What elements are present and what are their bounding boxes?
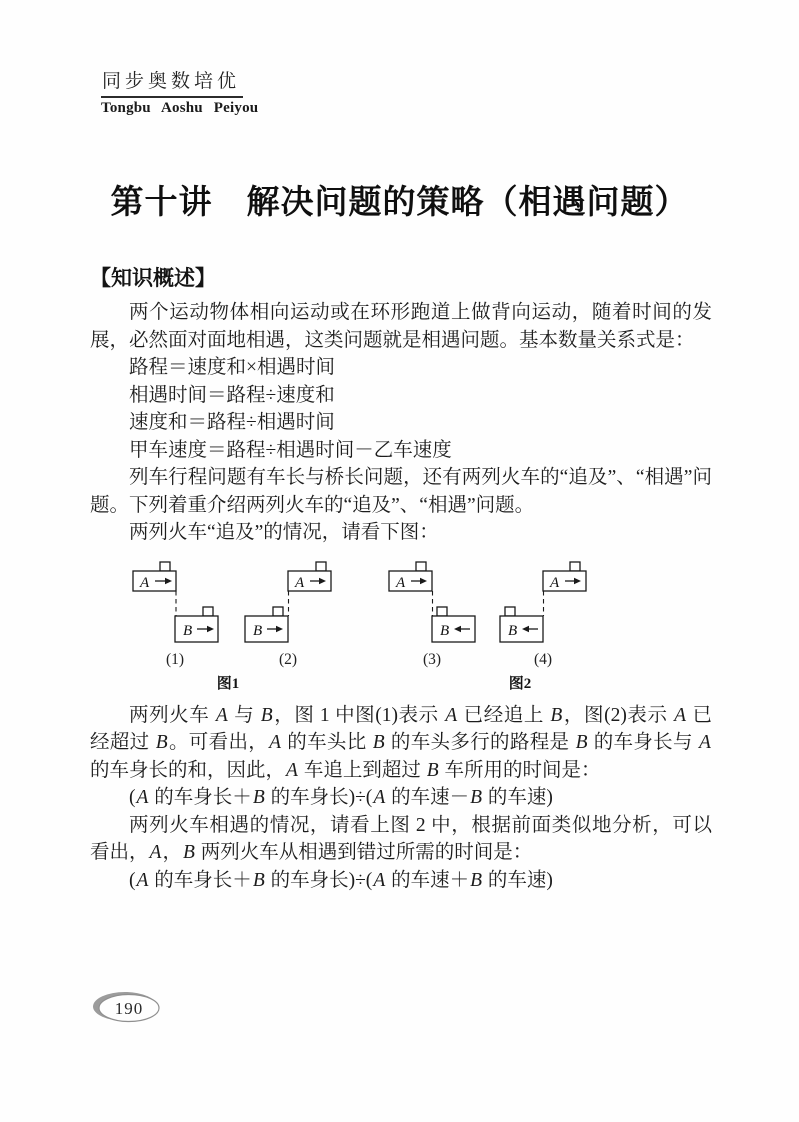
panel-label: (1)	[166, 651, 184, 668]
train-b-chimney	[437, 607, 447, 616]
panel-label: (2)	[279, 651, 297, 668]
diagram-panel-4: B A (4)	[500, 562, 586, 668]
train-a-chimney	[416, 562, 426, 571]
train-a-label: A	[294, 575, 305, 591]
formula-speed-sum: 速度和＝路程÷相遇时间	[90, 409, 712, 437]
intro-paragraph: 两个运动物体相向运动或在环形跑道上做背向运动，随着时间的发展，必然面对面地相遇，…	[90, 299, 712, 354]
trains-diagram: A B (1) B	[128, 558, 712, 696]
panel-label: (4)	[534, 651, 552, 668]
formula-distance: 路程＝速度和×相遇时间	[90, 354, 712, 382]
lesson-title: 第十讲 解决问题的策略（相遇问题）	[0, 176, 799, 223]
train-a-chimney	[570, 562, 580, 571]
explain-chase-paragraph: 两列火车 A 与 B，图 1 中图(1)表示 A 已经追上 B，图(2)表示 A…	[90, 702, 712, 785]
train-b-label: B	[440, 623, 449, 639]
train-b-label: B	[508, 623, 517, 639]
figure-1-caption: 图1	[217, 674, 240, 692]
textbook-page: 同步奥数培优 Tongbu Aoshu Peiyou 第十讲 解决问题的策略（相…	[0, 0, 799, 1122]
page-number-badge: 190	[92, 991, 164, 1030]
train-a-label: A	[549, 575, 560, 591]
train-a-chimney	[316, 562, 326, 571]
diagram-panel-3: A B (3)	[389, 562, 475, 668]
section-header: 【知识概述】	[90, 263, 712, 293]
train-b-chimney	[273, 607, 283, 616]
train-a-label: A	[139, 575, 150, 591]
panel-label: (3)	[423, 651, 441, 668]
page-number: 190	[115, 999, 144, 1018]
brand-pinyin: Tongbu Aoshu Peiyou	[101, 100, 258, 117]
diagram-panel-1: A B (1)	[133, 562, 218, 668]
figure-2-caption: 图2	[509, 674, 532, 692]
formula-train-a-speed: 甲车速度＝路程÷相遇时间－乙车速度	[90, 437, 712, 465]
train-a-chimney	[160, 562, 170, 571]
train-b-chimney	[203, 607, 213, 616]
formula-meet-pass-time: (A 的车身长＋B 的车身长)÷(A 的车速＋B 的车速)	[90, 867, 712, 895]
book-brand: 同步奥数培优 Tongbu Aoshu Peiyou	[101, 66, 258, 117]
train-b-chimney	[505, 607, 515, 616]
formula-meet-time: 相遇时间＝路程÷速度和	[90, 382, 712, 410]
train-b-label: B	[253, 623, 262, 639]
explain-meet-paragraph: 两列火车相遇的情况，请看上图 2 中，根据前面类似地分析，可以看出，A，B 两列…	[90, 812, 712, 867]
chase-paragraph: 两列火车“追及”的情况，请看下图：	[90, 519, 712, 547]
lesson-content: 【知识概述】 两个运动物体相向运动或在环形跑道上做背向运动，随着时间的发展，必然…	[90, 263, 712, 894]
formula-chase-time: (A 的车身长＋B 的车身长)÷(A 的车速－B 的车速)	[90, 784, 712, 812]
diagram-panel-2: B A (2)	[245, 562, 331, 668]
trains-paragraph: 列车行程问题有车长与桥长问题，还有两列火车的“追及”、“相遇”问题。下列着重介绍…	[90, 464, 712, 519]
brand-chinese-title: 同步奥数培优	[101, 66, 243, 98]
train-b-label: B	[183, 623, 192, 639]
train-a-label: A	[395, 575, 406, 591]
